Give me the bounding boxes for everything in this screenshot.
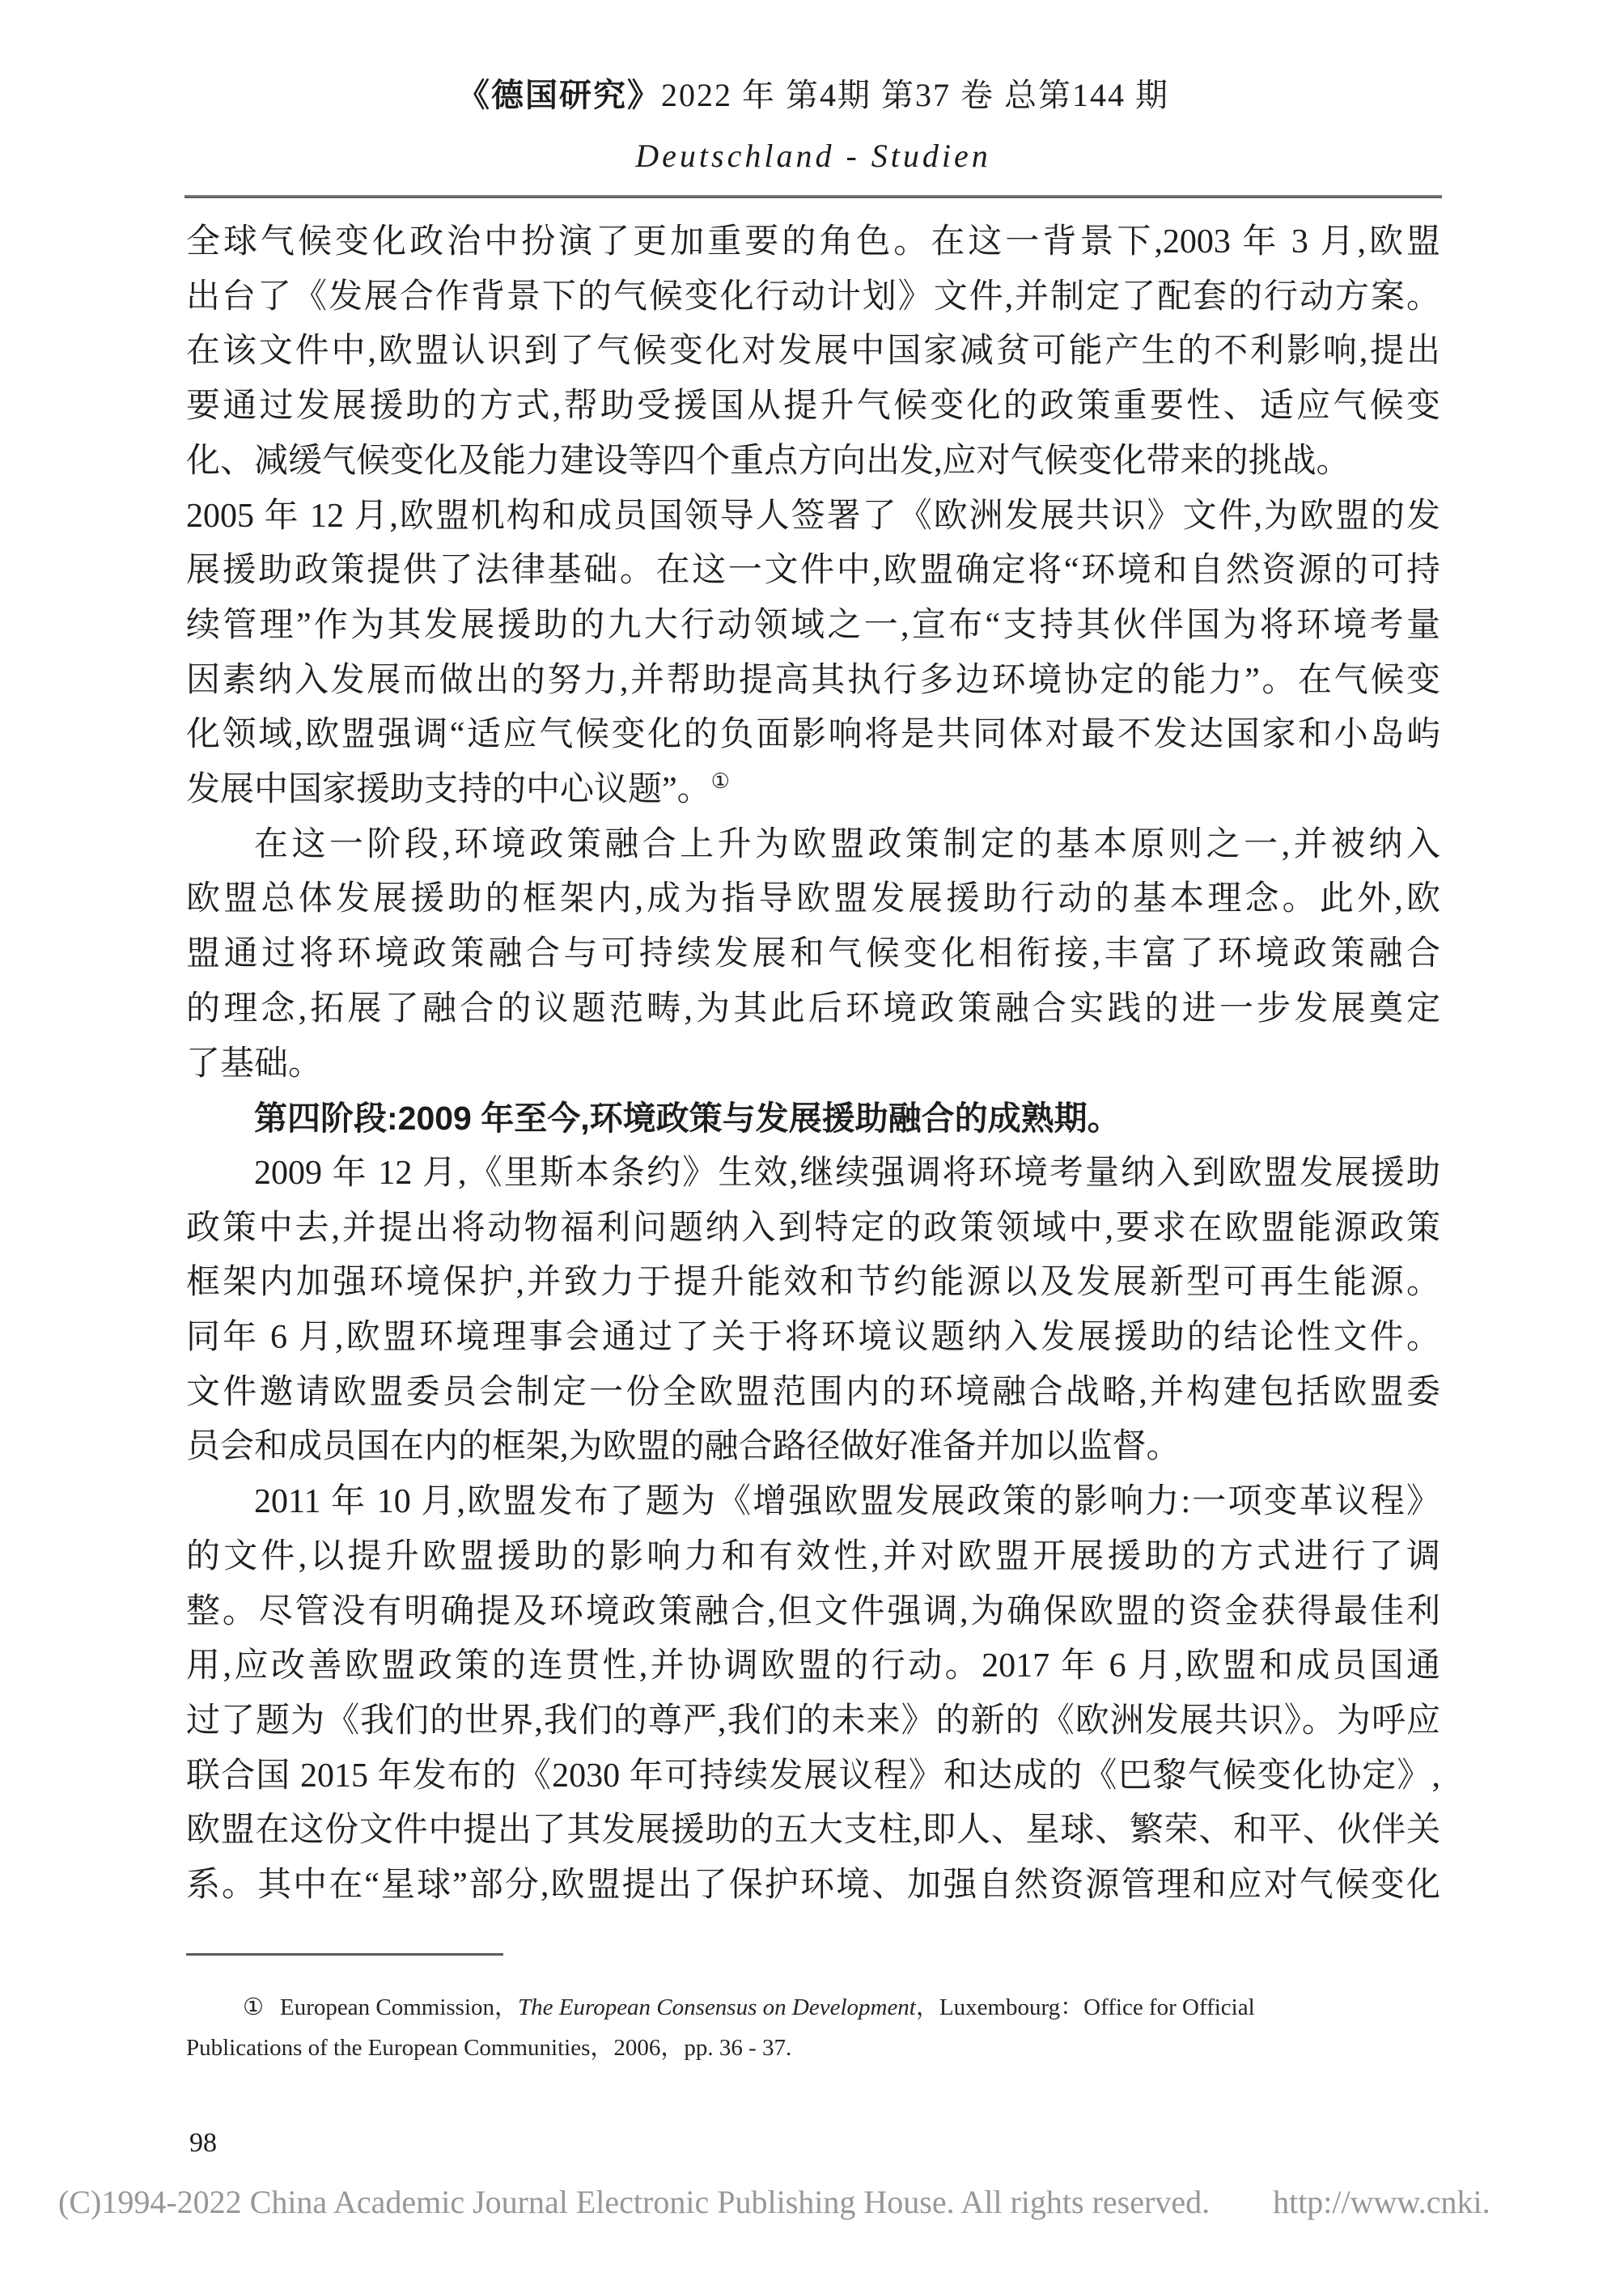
body-line: 化、减缓气候变化及能力建设等四个重点方向出发,应对气候变化带来的挑战。 <box>186 434 1440 490</box>
body-line: 2011 年 10 月,欧盟发布了题为《增强欧盟发展政策的影响力:一项变革议程》 <box>186 1475 1440 1530</box>
body-line: 2005 年 12 月,欧盟机构和成员国领导人签署了《欧洲发展共识》文件,为欧盟… <box>186 490 1440 545</box>
body-line: 盟通过将环境政策融合与可持续发展和气候变化相衔接,丰富了环境政策融合 <box>186 927 1440 982</box>
body-line: 用,应改善欧盟政策的连贯性,并协调欧盟的行动。2017 年 6 月,欧盟和成员国… <box>186 1639 1440 1694</box>
article-body: 全球气候变化政治中扮演了更加重要的角色。在这一背景下,2003 年 3 月,欧盟… <box>186 215 1440 1914</box>
footnote-text: European Commission， <box>280 1994 518 2020</box>
section-heading: 第四阶段:2009 年至今,环境政策与发展援助融合的成熟期。 <box>186 1091 1440 1146</box>
body-line: 框架内加强环境保护,并致力于提升能效和节约能源以及发展新型可再生能源。 <box>186 1256 1440 1311</box>
journal-title-line: 《德国研究》2022 年 第4期 第37 卷 总第144 期 <box>186 70 1440 116</box>
body-line: 要通过发展援助的方式,帮助受援国从提升气候变化的政策重要性、适应气候变 <box>186 379 1440 434</box>
footnote-block: ①European Commission，The European Consen… <box>186 1987 1440 2068</box>
body-line: 整。尽管没有明确提及环境政策融合,但文件强调,为确保欧盟的资金获得最佳利 <box>186 1585 1440 1640</box>
body-line: 发展中国家援助支持的中心议题”。① <box>186 763 1440 818</box>
journal-issue-info: 2022 年 第4期 第37 卷 总第144 期 <box>661 77 1169 113</box>
footnote-book-title: The European Consensus on Development <box>518 1994 916 2020</box>
copyright-watermark: (C)1994-2022 China Academic Journal Elec… <box>0 2183 1624 2221</box>
body-line: 全球气候变化政治中扮演了更加重要的角色。在这一背景下,2003 年 3 月,欧盟 <box>186 215 1440 270</box>
body-line: 员会和成员国在内的框架,为欧盟的融合路径做好准备并加以监督。 <box>186 1420 1440 1475</box>
body-line: 化领域,欧盟强调“适应气候变化的负面影响将是共同体对最不发达国家和小岛屿 <box>186 708 1440 763</box>
body-line: 在这一阶段,环境政策融合上升为欧盟政策制定的基本原则之一,并被纳入 <box>186 818 1440 873</box>
body-line: 欧盟在这份文件中提出了其发展援助的五大支柱,即人、星球、繁荣、和平、伙伴关 <box>186 1803 1440 1859</box>
body-line: 的理念,拓展了融合的议题范畴,为其此后环境政策融合实践的进一步发展奠定 <box>186 982 1440 1037</box>
footnote-divider <box>186 1953 503 1956</box>
body-line: 续管理”作为其发展援助的九大行动领域之一,宣布“支持其伙伴国为将环境考量 <box>186 599 1440 654</box>
journal-title-german: Deutschland - Studien <box>186 137 1440 175</box>
footnote-reference-mark: ① <box>711 769 730 793</box>
body-line: 联合国 2015 年发布的《2030 年可持续发展议程》和达成的《巴黎气候变化协… <box>186 1749 1440 1804</box>
body-line: 的文件,以提升欧盟援助的影响力和有效性,并对欧盟开展援助的方式进行了调 <box>186 1530 1440 1585</box>
body-line: 欧盟总体发展援助的框架内,成为指导欧盟发展援助行动的基本理念。此外,欧 <box>186 872 1440 927</box>
body-line: 过了题为《我们的世界,我们的尊严,我们的未来》的新的《欧洲发展共识》。为呼应 <box>186 1694 1440 1749</box>
body-line: 2009 年 12 月,《里斯本条约》生效,继续强调将环境考量纳入到欧盟发展援助 <box>186 1146 1440 1202</box>
body-line: 展援助政策提供了法律基础。在这一文件中,欧盟确定将“环境和自然资源的可持 <box>186 544 1440 599</box>
header-divider <box>184 195 1442 198</box>
footnote-line: ①European Commission，The European Consen… <box>186 1987 1440 2028</box>
body-line: 系。其中在“星球”部分,欧盟提出了保护环境、加强自然资源管理和应对气候变化 <box>186 1859 1440 1914</box>
cnki-url: http://www.cnki. <box>1273 2184 1490 2220</box>
page-number: 98 <box>189 2128 217 2159</box>
body-line: 文件邀请欧盟委员会制定一份全欧盟范围内的环境融合战略,并构建包括欧盟委 <box>186 1366 1440 1421</box>
body-line: 在该文件中,欧盟认识到了气候变化对发展中国家减贫可能产生的不利影响,提出 <box>186 324 1440 379</box>
footnote-line: Publications of the European Communities… <box>186 2028 1440 2068</box>
page-header: 《德国研究》2022 年 第4期 第37 卷 总第144 期 Deutschla… <box>186 70 1440 175</box>
footnote-text: ，Luxembourg：Office for Official <box>916 1994 1255 2020</box>
body-line: 出台了《发展合作背景下的气候变化行动计划》文件,并制定了配套的行动方案。 <box>186 270 1440 325</box>
journal-name: 《德国研究》 <box>457 77 661 113</box>
body-line: 因素纳入发展而做出的努力,并帮助提高其执行多边环境协定的能力”。在气候变 <box>186 654 1440 709</box>
journal-page: { "header": { "journal_name": "《德国研究》", … <box>0 0 1624 2293</box>
copyright-text: (C)1994-2022 China Academic Journal Elec… <box>58 2184 1210 2220</box>
body-line: 同年 6 月,欧盟环境理事会通过了关于将环境议题纳入发展援助的结论性文件。 <box>186 1311 1440 1366</box>
footnote-marker: ① <box>243 1994 264 2020</box>
body-line-text: 发展中国家援助支持的中心议题”。 <box>186 771 711 808</box>
body-line: 了基础。 <box>186 1037 1440 1092</box>
body-line: 政策中去,并提出将动物福利问题纳入到特定的政策领域中,要求在欧盟能源政策 <box>186 1202 1440 1257</box>
